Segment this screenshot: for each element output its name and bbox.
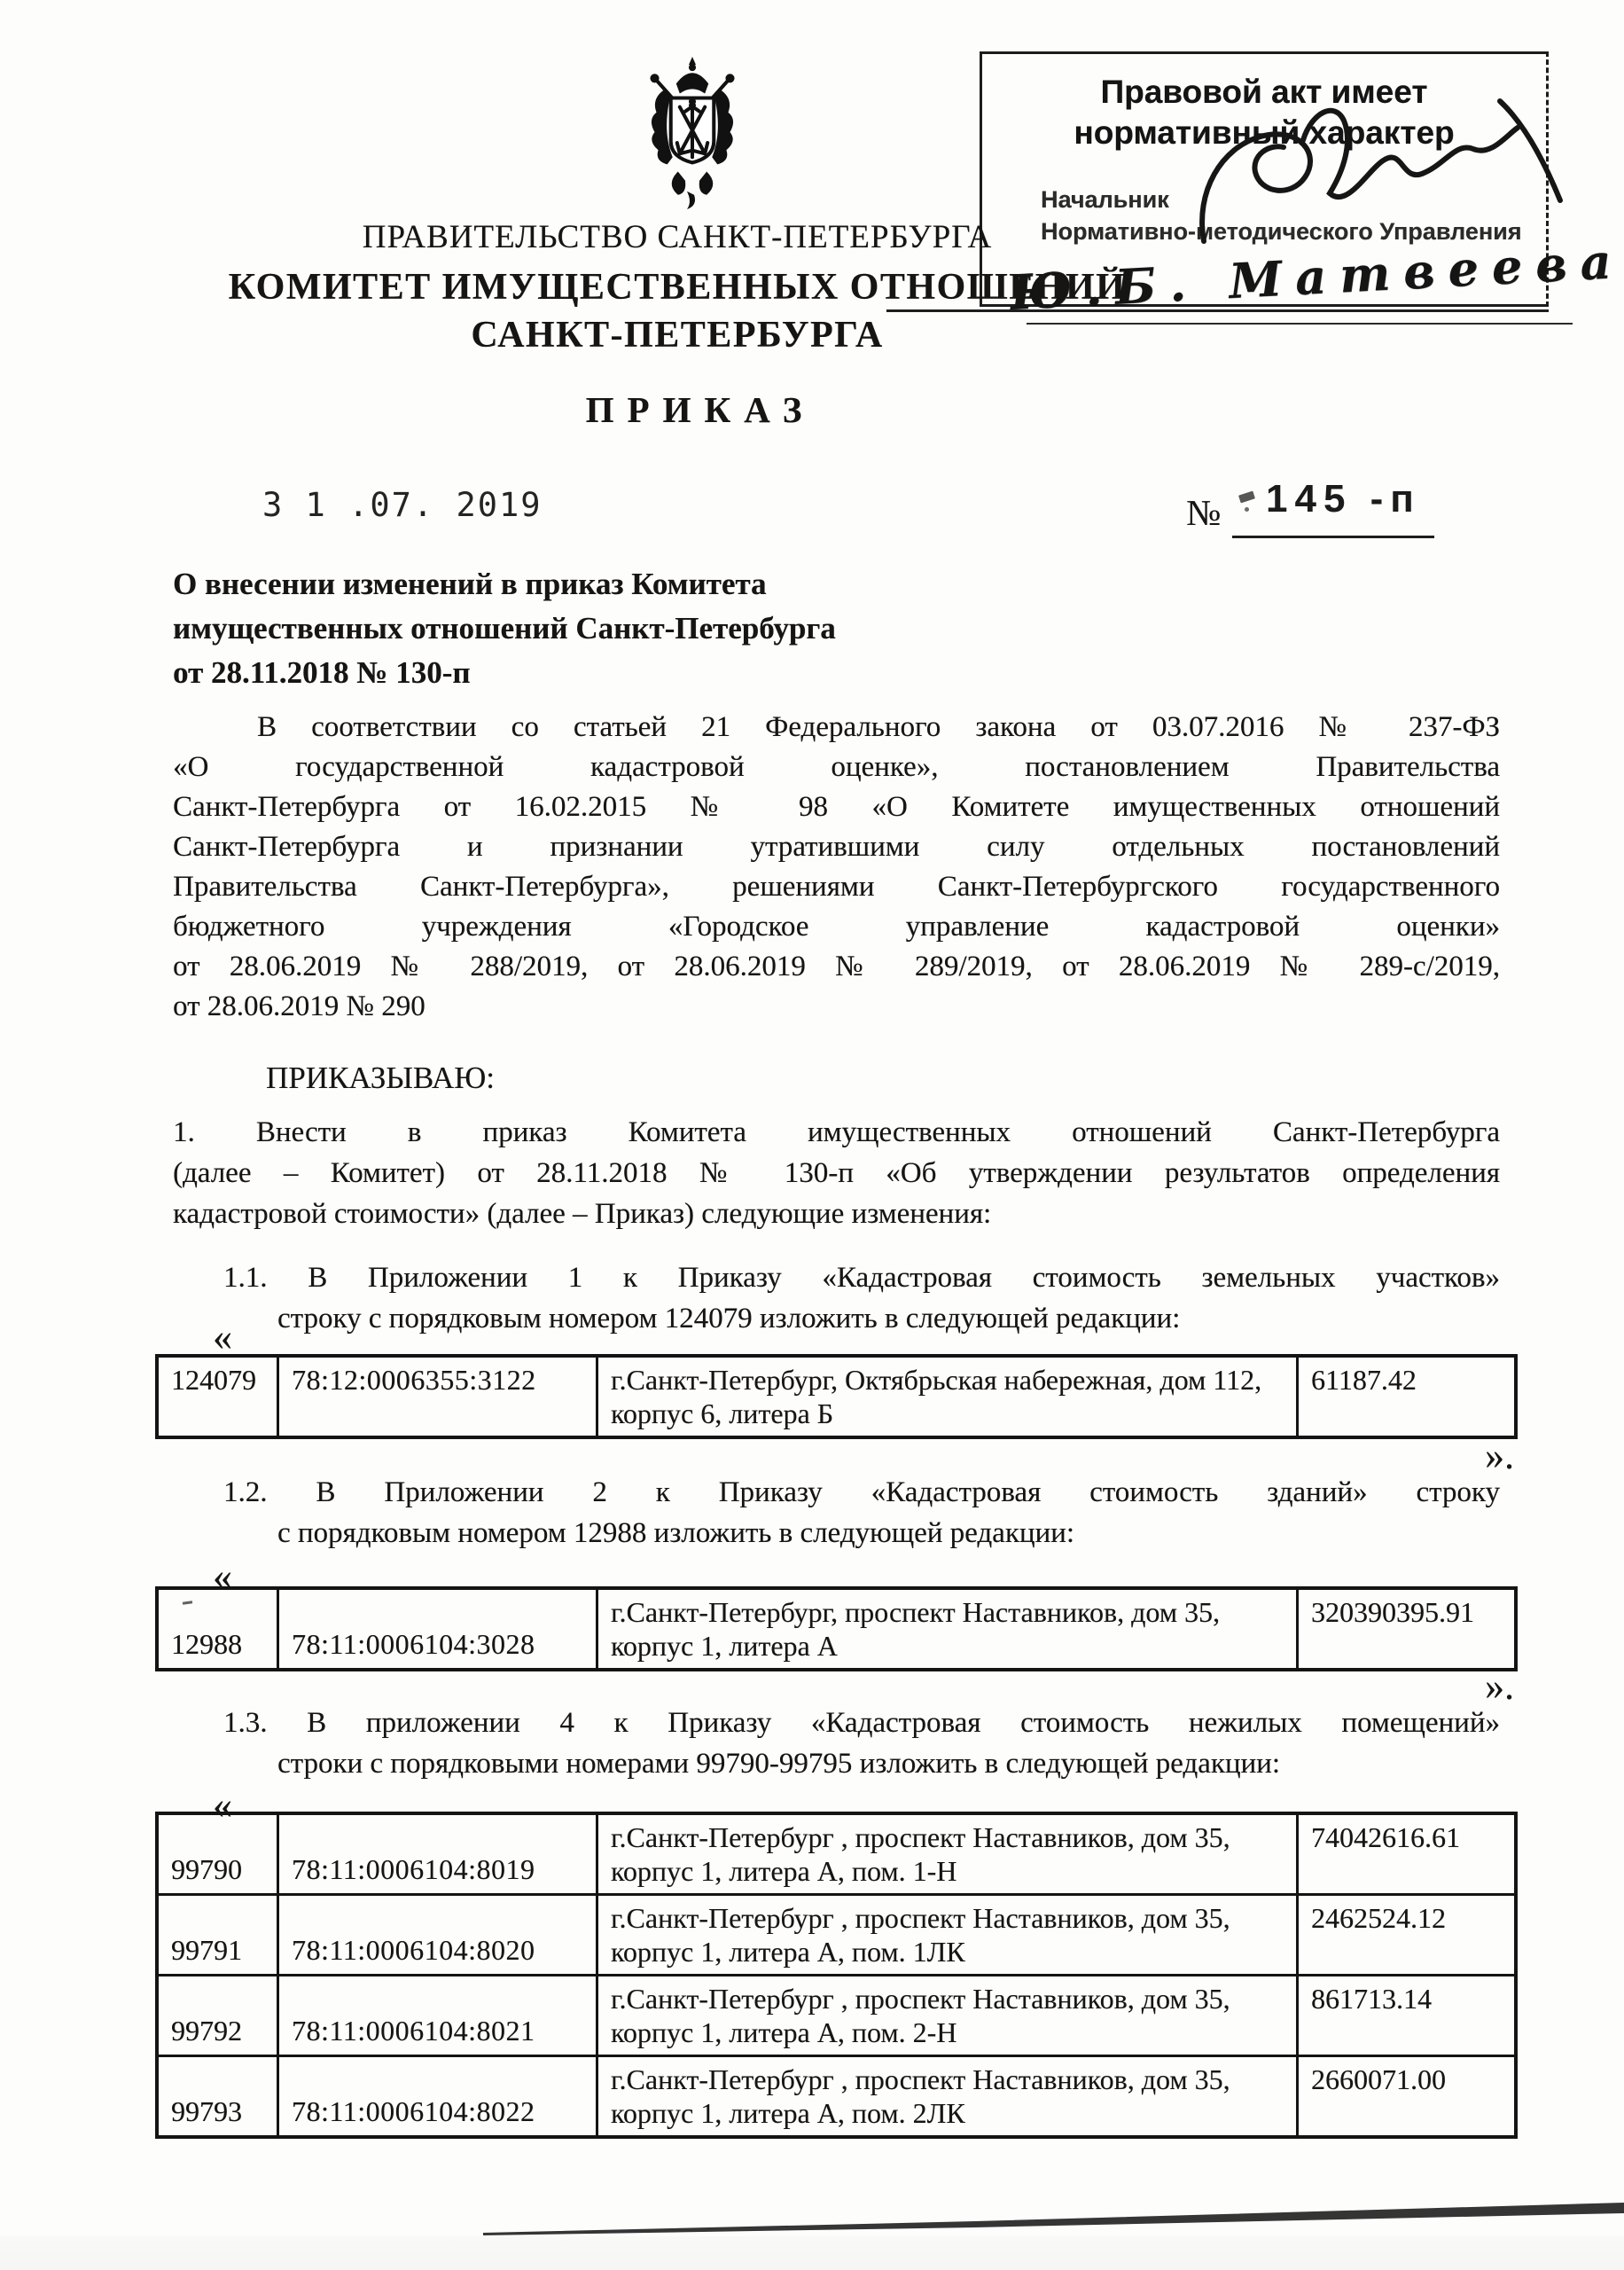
table-cell: г.Санкт-Петербург , проспект Наставников… [597,1895,1298,1976]
stamp-smudge-dot [1245,507,1249,512]
date-stamp: 3 1 .07. 2019 [262,486,543,524]
table-cell: 74042616.61 [1298,1814,1516,1895]
item-1-3-paragraph: 1.3. В приложении 4 к Приказу «Кадастров… [173,1702,1500,1784]
table-cell: 320390395.91 [1298,1589,1516,1670]
text-line: строки с порядковыми номерами 99790-9979… [277,1743,1500,1784]
text-line: имущественных отношений Санкт-Петербурга [173,607,971,651]
text-line: В соответствии со статьей 21 Федеральног… [173,708,1500,748]
table-cell: 78:12:0006355:3122 [278,1357,597,1437]
table-cell: г.Санкт-Петербург , проспект Наставников… [597,2056,1298,2137]
number-underline [1232,536,1434,538]
table-non-residential-premises: 9979078:11:0006104:8019г.Санкт-Петербург… [156,1812,1517,2138]
text-line: с порядковым номером 12988 изложить в сл… [277,1513,1500,1554]
table-row: 9979078:11:0006104:8019г.Санкт-Петербург… [158,1814,1516,1895]
table-land-parcels: 12407978:12:0006355:3122г.Санкт-Петербур… [156,1355,1517,1438]
text-line: от 28.06.2019 № 288/2019, от 28.06.2019 … [173,947,1500,987]
government-title: ПРАВИТЕЛЬСТВО САНКТ-ПЕТЕРБУРГА [173,218,1182,256]
table-cell: 99792 [158,1976,278,2056]
table-cell: г.Санкт-Петербург, проспект Наставников,… [597,1589,1298,1670]
table-cell: 2660071.00 [1298,2056,1516,2137]
document-page: Правовой акт имеет нормативный характер … [0,0,1624,2270]
number-label: № [1186,491,1221,534]
text-line: 1.3. В приложении 4 к Приказу «Кадастров… [277,1702,1500,1743]
order-word: ПРИКАЗЫВАЮ: [266,1061,495,1096]
table-cell: 78:11:0006104:8021 [278,1976,597,2056]
committee-title-line-2: САНКТ-ПЕТЕРБУРГА [173,314,1182,356]
text-line: Правительства Санкт-Петербурга», решения… [173,867,1500,907]
table-row: 9979178:11:0006104:8020г.Санкт-Петербург… [158,1895,1516,1976]
text-line: бюджетного учреждения «Городское управле… [173,907,1500,947]
document-type-title: ПРИКАЗ [173,388,1228,431]
table-cell: 2462524.12 [1298,1895,1516,1976]
number-stamp: 145 -п [1266,477,1421,521]
text-line: от 28.11.2018 № 130-п [173,651,971,695]
table-row: 9979278:11:0006104:8021г.Санкт-Петербург… [158,1976,1516,2056]
text-line: строку с порядковым номером 124079 излож… [277,1298,1500,1339]
text-line: кадастровой стоимости» (далее – Приказ) … [173,1194,1500,1234]
table-cell: 99793 [158,2056,278,2137]
item-1-paragraph: 1. Внести в приказ Комитета имущественны… [173,1112,1500,1234]
text-line: 1. Внести в приказ Комитета имущественны… [173,1112,1500,1153]
item-1-2-paragraph: 1.2. В Приложении 2 к Приказу «Кадастров… [173,1472,1500,1554]
text-line: (далее – Комитет) от 28.11.2018 № 130-п … [173,1153,1500,1194]
item-1-1-paragraph: 1.1. В Приложении 1 к Приказу «Кадастров… [173,1257,1500,1339]
table-cell: 78:11:0006104:8019 [278,1814,597,1895]
table-cell: 861713.14 [1298,1976,1516,2056]
text-line: 1.1. В Приложении 1 к Приказу «Кадастров… [277,1257,1500,1298]
table-cell: 78:11:0006104:3028 [278,1589,597,1670]
text-line: О внесении изменений в приказ Комитета [173,562,971,607]
text-line: Санкт-Петербурга и признании утратившими… [173,827,1500,867]
table-cell: 78:11:0006104:8022 [278,2056,597,2137]
text-line: от 28.06.2019 № 290 [173,987,1500,1027]
table-cell: 78:11:0006104:8020 [278,1895,597,1976]
table-cell: 61187.42 [1298,1357,1516,1437]
table-cell: г.Санкт-Петербург , проспект Наставников… [597,1814,1298,1895]
table-cell: 99790 [158,1814,278,1895]
preamble-paragraph: В соответствии со статьей 21 Федеральног… [173,708,1500,1027]
stamp-smudge [1238,491,1255,504]
table-cell: г.Санкт-Петербург, Октябрьская набережна… [597,1357,1298,1437]
document-subject: О внесении изменений в приказ Комитетаим… [173,562,971,695]
table-row: 1298878:11:0006104:3028г.Санкт-Петербург… [158,1589,1516,1670]
text-line: 1.2. В Приложении 2 к Приказу «Кадастров… [277,1472,1500,1513]
text-line: Санкт-Петербурга от 16.02.2015 № 98 «О К… [173,787,1500,827]
opening-quote-table-1: « [213,1314,232,1359]
scan-shadow-band [0,2236,1624,2270]
text-line: «О государственной кадастровой оценке», … [173,748,1500,787]
table-cell: 99791 [158,1895,278,1976]
table-row: 12407978:12:0006355:3122г.Санкт-Петербур… [158,1357,1516,1437]
committee-title-line-1: КОМИТЕТ ИМУЩЕСТВЕННЫХ ОТНОШЕНИЙ [173,266,1182,309]
table-buildings: 1298878:11:0006104:3028г.Санкт-Петербург… [156,1587,1517,1671]
table-cell: г.Санкт-Петербург , проспект Наставников… [597,1976,1298,2056]
table-row: 9979378:11:0006104:8022г.Санкт-Петербург… [158,2056,1516,2137]
saint-petersburg-coat-of-arms-icon [633,57,752,211]
table-cell: 124079 [158,1357,278,1437]
table-cell: 12988 [158,1589,278,1670]
